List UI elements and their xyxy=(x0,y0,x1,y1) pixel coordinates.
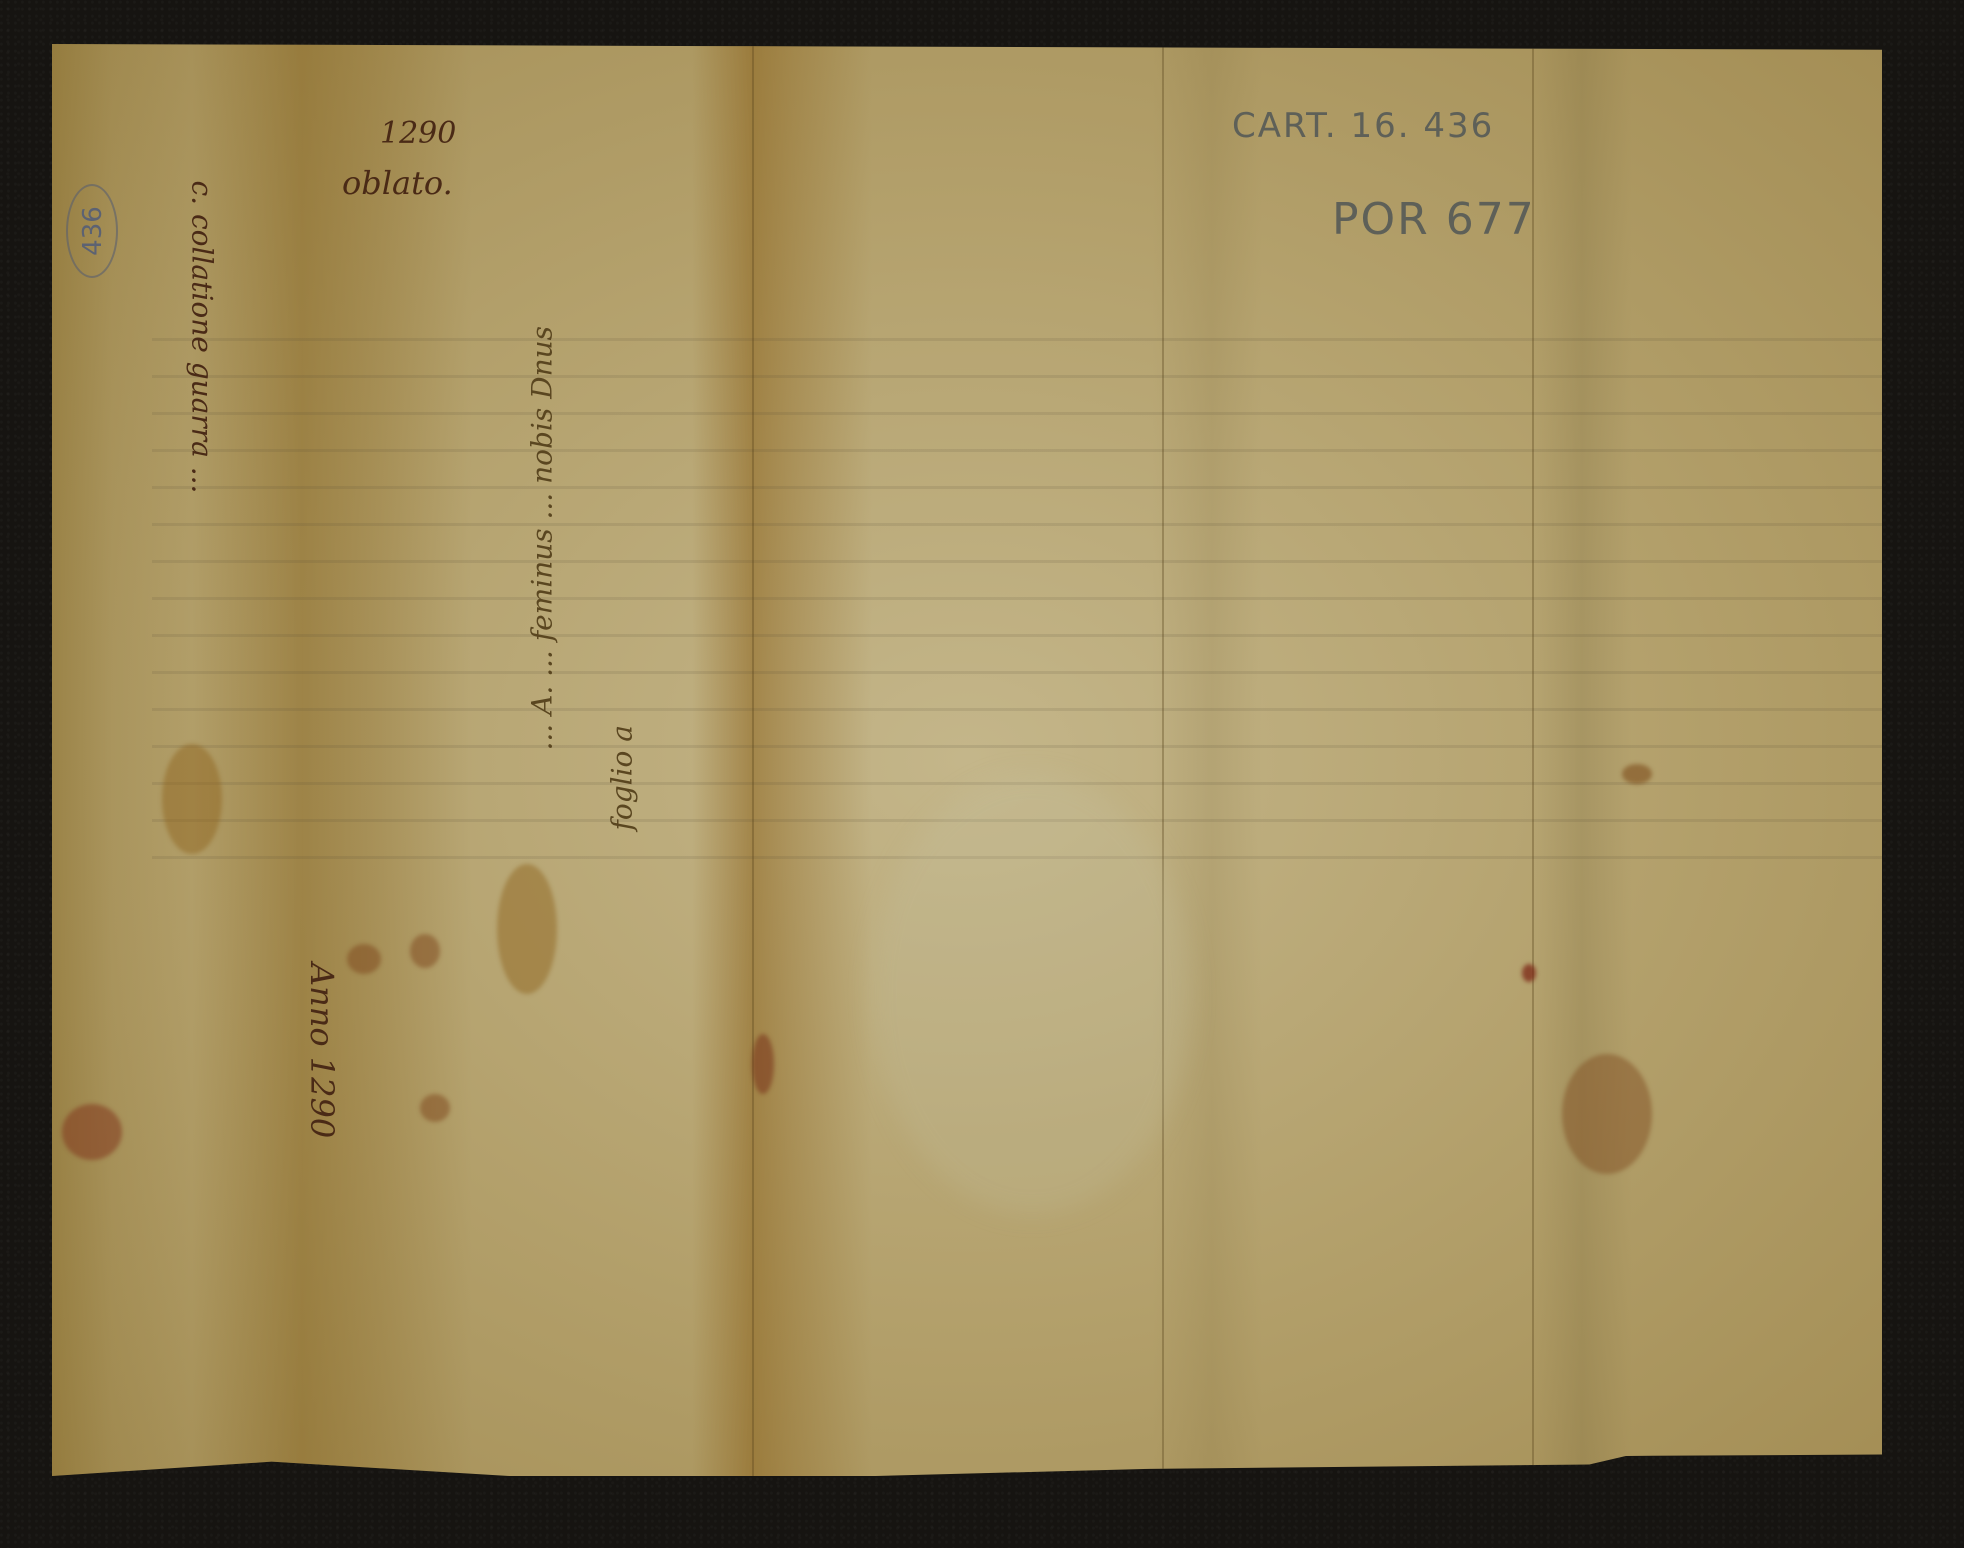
stain xyxy=(162,744,222,854)
stain xyxy=(497,864,557,994)
parchment-sheet: 1290 oblato. CART. 16. 436 POR 677 436 c… xyxy=(52,44,1882,1476)
stain xyxy=(1562,1054,1652,1174)
date-annotation: Anno 1290 xyxy=(303,963,341,1203)
shelf-reference: POR 677 xyxy=(1332,194,1536,245)
fold-line xyxy=(1162,44,1164,1476)
stain xyxy=(1522,964,1536,982)
faded-patch xyxy=(872,774,1192,1214)
stain xyxy=(410,934,440,968)
stain xyxy=(1622,764,1652,784)
fold-line xyxy=(752,44,754,1476)
circled-folio-number: 436 xyxy=(66,184,118,278)
center-vertical-note: ... A. ... feminus ... nobis Dnus xyxy=(526,311,559,751)
year-annotation: 1290 xyxy=(380,116,456,151)
oblato-annotation: oblato. xyxy=(342,164,453,202)
archive-reference: CART. 16. 436 xyxy=(1232,106,1494,146)
stain xyxy=(62,1104,122,1160)
fold-line xyxy=(1532,44,1534,1476)
stain xyxy=(752,1034,774,1094)
stain xyxy=(347,944,381,974)
left-vertical-note: c. collatione guarra ... xyxy=(186,181,219,541)
stain xyxy=(420,1094,450,1122)
foglio-annotation: foglio a xyxy=(606,691,639,831)
